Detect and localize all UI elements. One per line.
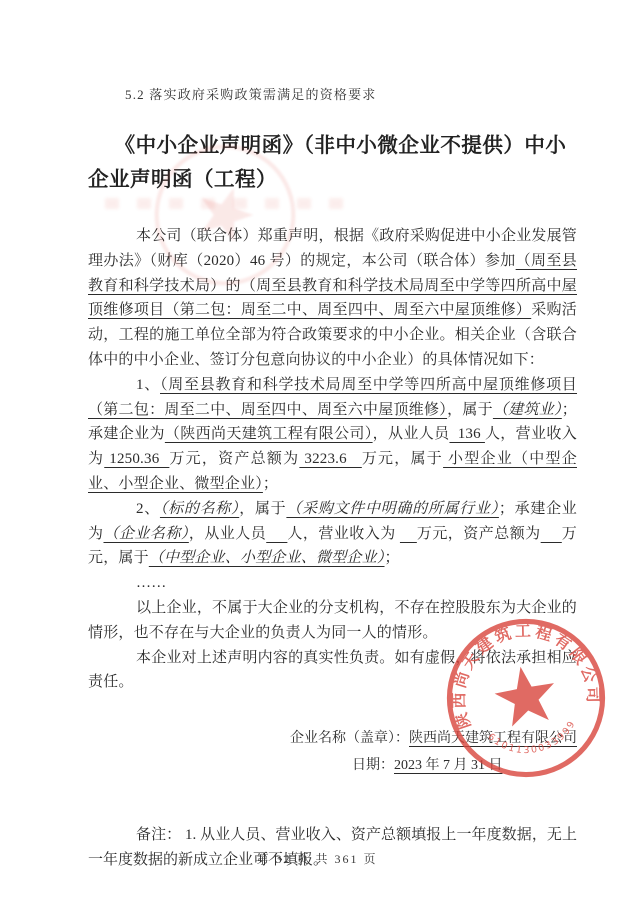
item1-contractor-name: （陕西尚天建筑工程有限公司） [165, 426, 373, 442]
item1-assets-value: 3223.6 [299, 451, 361, 467]
paragraph-declaration: 本公司（联合体）郑重声明，根据《政府采购促进中小企业发展管理办法》（财库（202… [88, 224, 577, 373]
document-title-text: 《中小企业声明函》（非中小微企业不提供）中小企业声明函（工程） [88, 135, 566, 191]
paragraph-not-subsidiary: 以上企业，不属于大企业的分支机构，不存在控股股东为大企业的情形，也不存在与大企业… [88, 596, 577, 646]
company-name-value: 陕西尚天建筑工程有限公司 [409, 731, 577, 746]
section-heading: 5.2 落实政府采购政策需满足的资格要求 [125, 84, 577, 103]
paragraph-item-1: 1、（周至县教育和科学技术局周至中学等四所高中屋顶维修项目（第二包：周至二中、周… [88, 373, 577, 497]
item2-assets-blank [541, 526, 562, 542]
date-label: 日期： [352, 758, 394, 773]
item2-number: 2、 [136, 501, 160, 517]
item1-industry: （建筑业） [493, 402, 562, 418]
item1-employees-value: 136 [449, 426, 484, 442]
item2-industry-placeholder: （采购文件中明确的所属行业） [286, 501, 499, 517]
item2-contractor-placeholder: （企业名称） [103, 526, 188, 542]
item2-subject-placeholder: （标的名称） [160, 501, 239, 517]
paragraph-responsibility: 本企业对上述声明内容的真实性负责。如有虚假，将依法承担相应责任。 [88, 646, 577, 696]
item2-type-placeholder: （中型企业、小型企业、微型企业） [149, 550, 385, 566]
document-title: 《中小企业声明函》（非中小微企业不提供）中小企业声明函（工程） [88, 129, 577, 197]
signature-date-line: 日期：2023 年 7 月 31 日 [352, 752, 577, 779]
document-body: 本公司（联合体）郑重声明，根据《政府采购促进中小企业发展管理办法》（财库（202… [88, 224, 577, 695]
signature-block: 企业名称（盖章）：陕西尚天建筑工程有限公司 日期：2023 年 7 月 31 日 [290, 725, 577, 779]
document-page: 5.2 落实政府采购政策需满足的资格要求 《中小企业声明函》（非中小微企业不提供… [0, 0, 634, 909]
paragraph-item-2: 2、（标的名称），属于（采购文件中明确的所属行业）；承建企业为（企业名称），从业… [88, 497, 577, 571]
scan-artifact-row [105, 196, 425, 208]
item1-revenue-value: 1250.36 [104, 451, 169, 467]
page-number-footer: 第 32 页 共 361 页 [0, 850, 634, 867]
item2-revenue-blank [400, 526, 417, 542]
item2-employees-blank [266, 526, 287, 542]
paragraph-ellipsis: …… [88, 571, 577, 596]
signature-company-line: 企业名称（盖章）：陕西尚天建筑工程有限公司 [290, 725, 577, 752]
item1-number: 1、 [136, 377, 160, 393]
company-seal-label: 企业名称（盖章）： [290, 731, 409, 746]
date-value: 2023 年 7 月 31 日 [394, 758, 503, 773]
declaration-text: 本公司（联合体）郑重声明，根据《政府采购促进中小企业发展管理办法》（财库（202… [88, 228, 577, 269]
